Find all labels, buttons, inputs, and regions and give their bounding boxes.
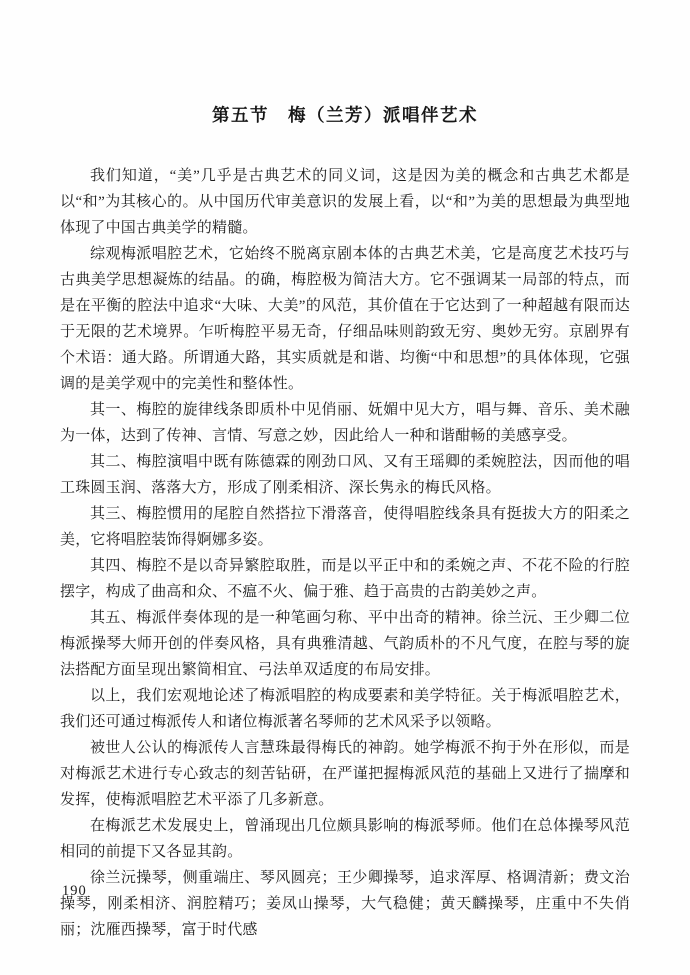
paragraph-point-5: 其五、梅派伴奏体现的是一种笔画匀称、平中出奇的精神。徐兰沅、王少卿二位梅派操琴大… [60,605,630,683]
paragraph-point-4: 其四、梅腔不是以奇异繁腔取胜，而是以平正中和的柔婉之声、不花不险的行腔摆字，构成… [60,553,630,605]
paragraph-overview: 综观梅派唱腔艺术，它始终不脱离京剧本体的古典艺术美，它是高度艺术技巧与古典美学思… [60,241,630,397]
paragraph-point-2: 其二、梅腔演唱中既有陈德霖的刚劲口风、又有王瑶卿的柔婉腔法，因而他的唱工珠圆玉润… [60,449,630,501]
page-body: 我们知道，“美”几乎是古典艺术的同义词，这是因为美的概念和古典艺术都是以“和”为… [60,163,630,943]
paragraph-point-3: 其三、梅腔惯用的尾腔自然搭拉下滑落音，使得唱腔线条具有挺拔大方的阳柔之美，它将唱… [60,501,630,553]
paragraph-point-1: 其一、梅腔的旋律线条即质朴中见俏丽、妩媚中见大方，唱与舞、音乐、美术融为一体，达… [60,397,630,449]
section-title: 第五节 梅（兰芳）派唱伴艺术 [0,102,690,127]
paragraph-qinshi-intro: 在梅派艺术发展史上，曾涌现出几位颇具影响的梅派琴师。他们在总体操琴风范相同的前提… [60,813,630,865]
paragraph-successor: 被世人公认的梅派传人言慧珠最得梅氏的神韵。她学梅派不拘于外在形似，而是对梅派艺术… [60,735,630,813]
paragraph-qinshi-list: 徐兰沅操琴，侧重端庄、琴风圆亮；王少卿操琴，追求浑厚、格调清新；费文治操琴，刚柔… [60,865,630,943]
book-page: 第五节 梅（兰芳）派唱伴艺术 我们知道，“美”几乎是古典艺术的同义词，这是因为美… [0,0,690,975]
paragraph-summary: 以上，我们宏观地论述了梅派唱腔的构成要素和美学特征。关于梅派唱腔艺术，我们还可通… [60,683,630,735]
page-number: 190 [62,883,87,900]
paragraph-intro: 我们知道，“美”几乎是古典艺术的同义词，这是因为美的概念和古典艺术都是以“和”为… [60,163,630,241]
